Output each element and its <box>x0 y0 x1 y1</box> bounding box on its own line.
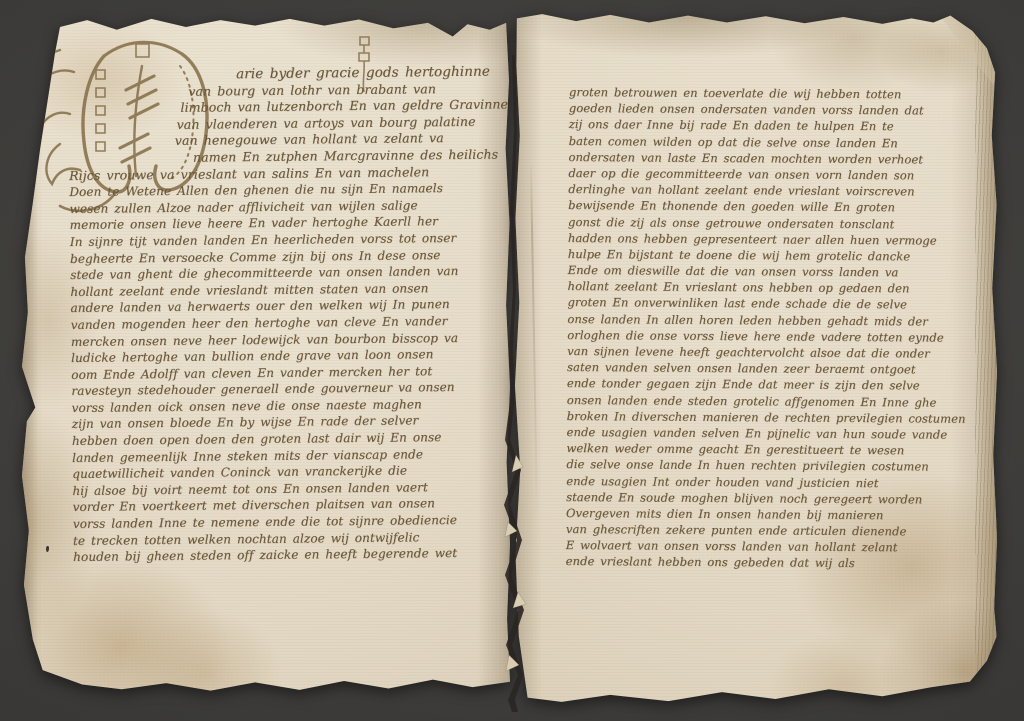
left-page-text: arie byder gracie gods hertoghinne van b… <box>68 64 497 566</box>
manuscript-page-left-paper: M arie byder gracie gods hertoghinne van… <box>18 12 512 694</box>
manuscript-line: ende vrieslant hebben ons gebeden dat wi… <box>566 553 972 572</box>
deckle-edge <box>18 19 40 687</box>
fore-edge-pages <box>975 31 999 678</box>
manuscript-line: houden bij gheen steden off zaicke en he… <box>73 545 497 566</box>
ink-speck <box>46 546 49 552</box>
manuscript-page-left: M arie byder gracie gods hertoghinne van… <box>18 12 512 694</box>
margin-flourish <box>35 90 70 128</box>
right-page-text: groten betrouwen en toeverlate die wij h… <box>566 84 975 572</box>
manuscript-photo: M arie byder gracie gods hertoghinne van… <box>0 0 1024 721</box>
manuscript-page-right: groten betrouwen en toeverlate die wij h… <box>513 10 999 706</box>
initial-letter-value: M <box>18 12 19 13</box>
initial-banner <box>136 44 149 57</box>
manuscript-page-right-paper: groten betrouwen en toeverlate die wij h… <box>513 10 999 706</box>
paper-crease <box>530 160 538 520</box>
